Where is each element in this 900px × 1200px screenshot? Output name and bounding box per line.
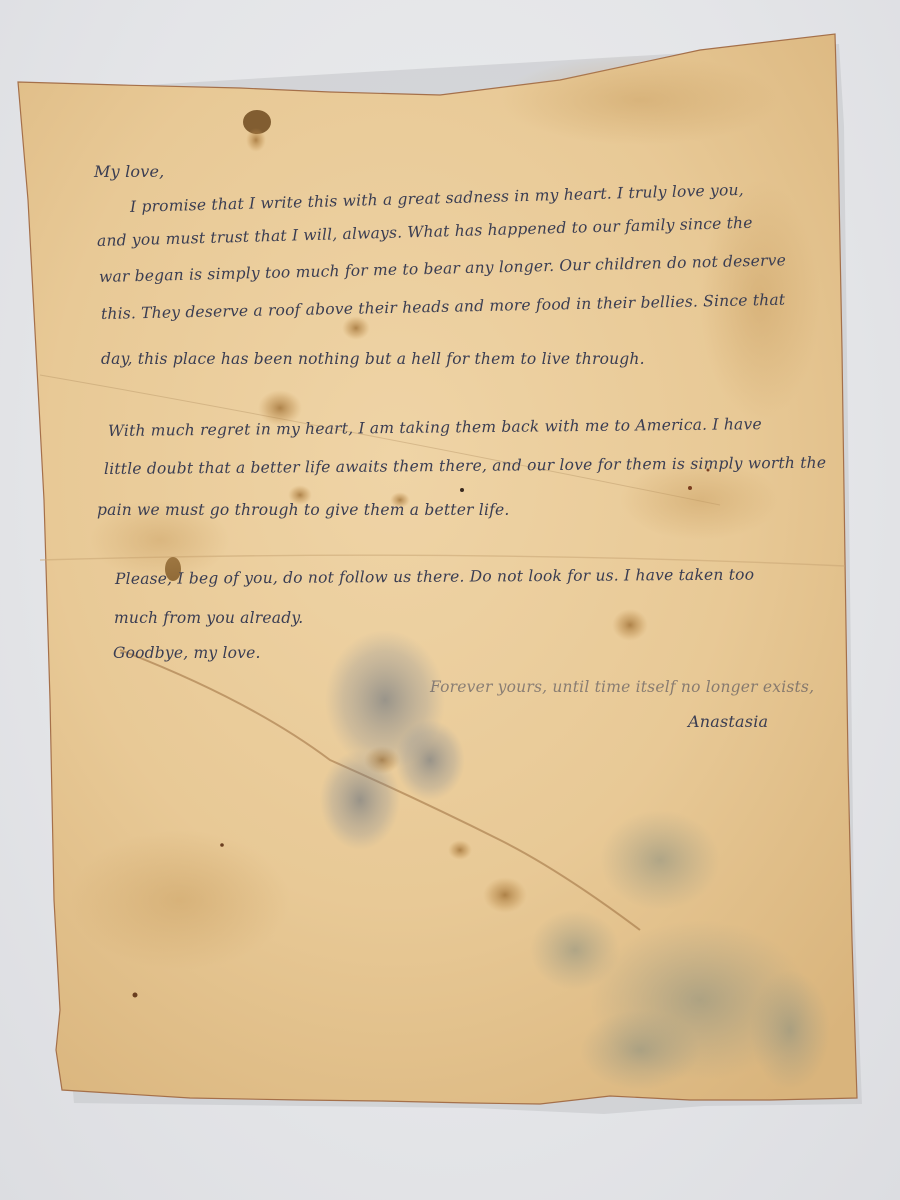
letter-line: day, this place has been nothing but a h… <box>101 350 645 368</box>
letter-signature: Anastasia <box>688 712 768 731</box>
letter-salutation: My love, <box>94 162 164 181</box>
letter-body: My love, I promise that I write this wit… <box>0 0 900 1200</box>
letter-line: With much regret in my heart, I am takin… <box>108 415 762 440</box>
letter-line: little doubt that a better life awaits t… <box>104 454 826 478</box>
letter-line: Please, I beg of you, do not follow us t… <box>115 566 754 588</box>
letter-line: Goodbye, my love. <box>113 644 261 662</box>
letter-line: much from you already. <box>114 609 303 627</box>
letter-line: pain we must go through to give them a b… <box>97 501 510 519</box>
letter-line: this. They deserve a roof above their he… <box>101 291 786 323</box>
letter-closing: Forever yours, until time itself no long… <box>430 678 814 696</box>
letter-line: war began is simply too much for me to b… <box>99 251 786 286</box>
letter-line: I promise that I write this with a great… <box>130 180 770 216</box>
letter-line: and you must trust that I will, always. … <box>97 214 753 250</box>
